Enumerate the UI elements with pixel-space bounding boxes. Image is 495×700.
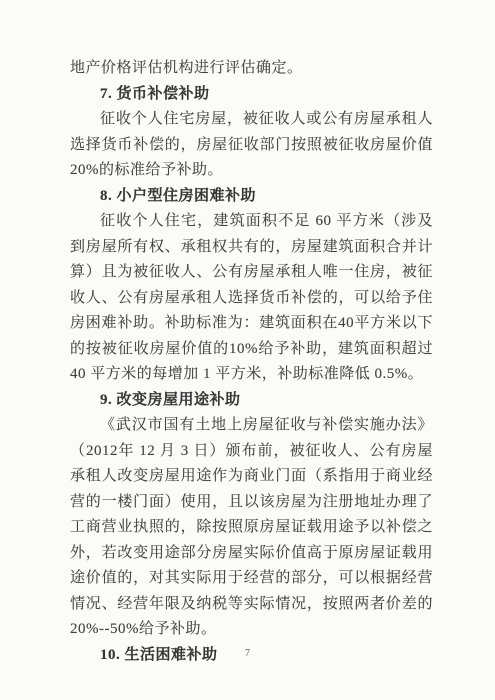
section-heading-9-changed-usage-subsidy: 9. 改变房屋用途补助 <box>70 388 433 414</box>
document-content: 地产价格评估机构进行评估确定。 7. 货币补偿补助 征收个人住宅房屋，被征收人或… <box>70 56 433 668</box>
section-9-body-paragraph: 《武汉市国有土地上房屋征收与补偿实施办法》（2012年 12 月 3 日）颁布前… <box>70 413 433 643</box>
page-number: 7 <box>0 648 495 659</box>
section-8-body-paragraph: 征收个人住宅，建筑面积不足 60 平方米（涉及到房屋所有权、承租权共有的，房屋建… <box>70 209 433 388</box>
paragraph-continuation: 地产价格评估机构进行评估确定。 <box>70 56 433 82</box>
section-heading-8-small-housing-hardship-subsidy: 8. 小户型住房困难补助 <box>70 184 433 210</box>
section-heading-7-monetary-compensation-subsidy: 7. 货币补偿补助 <box>70 82 433 108</box>
scanned-document-page: 地产价格评估机构进行评估确定。 7. 货币补偿补助 征收个人住宅房屋，被征收人或… <box>0 0 495 700</box>
section-7-body-paragraph: 征收个人住宅房屋，被征收人或公有房屋承租人选择货币补偿的，房屋征收部门按照被征收… <box>70 107 433 184</box>
